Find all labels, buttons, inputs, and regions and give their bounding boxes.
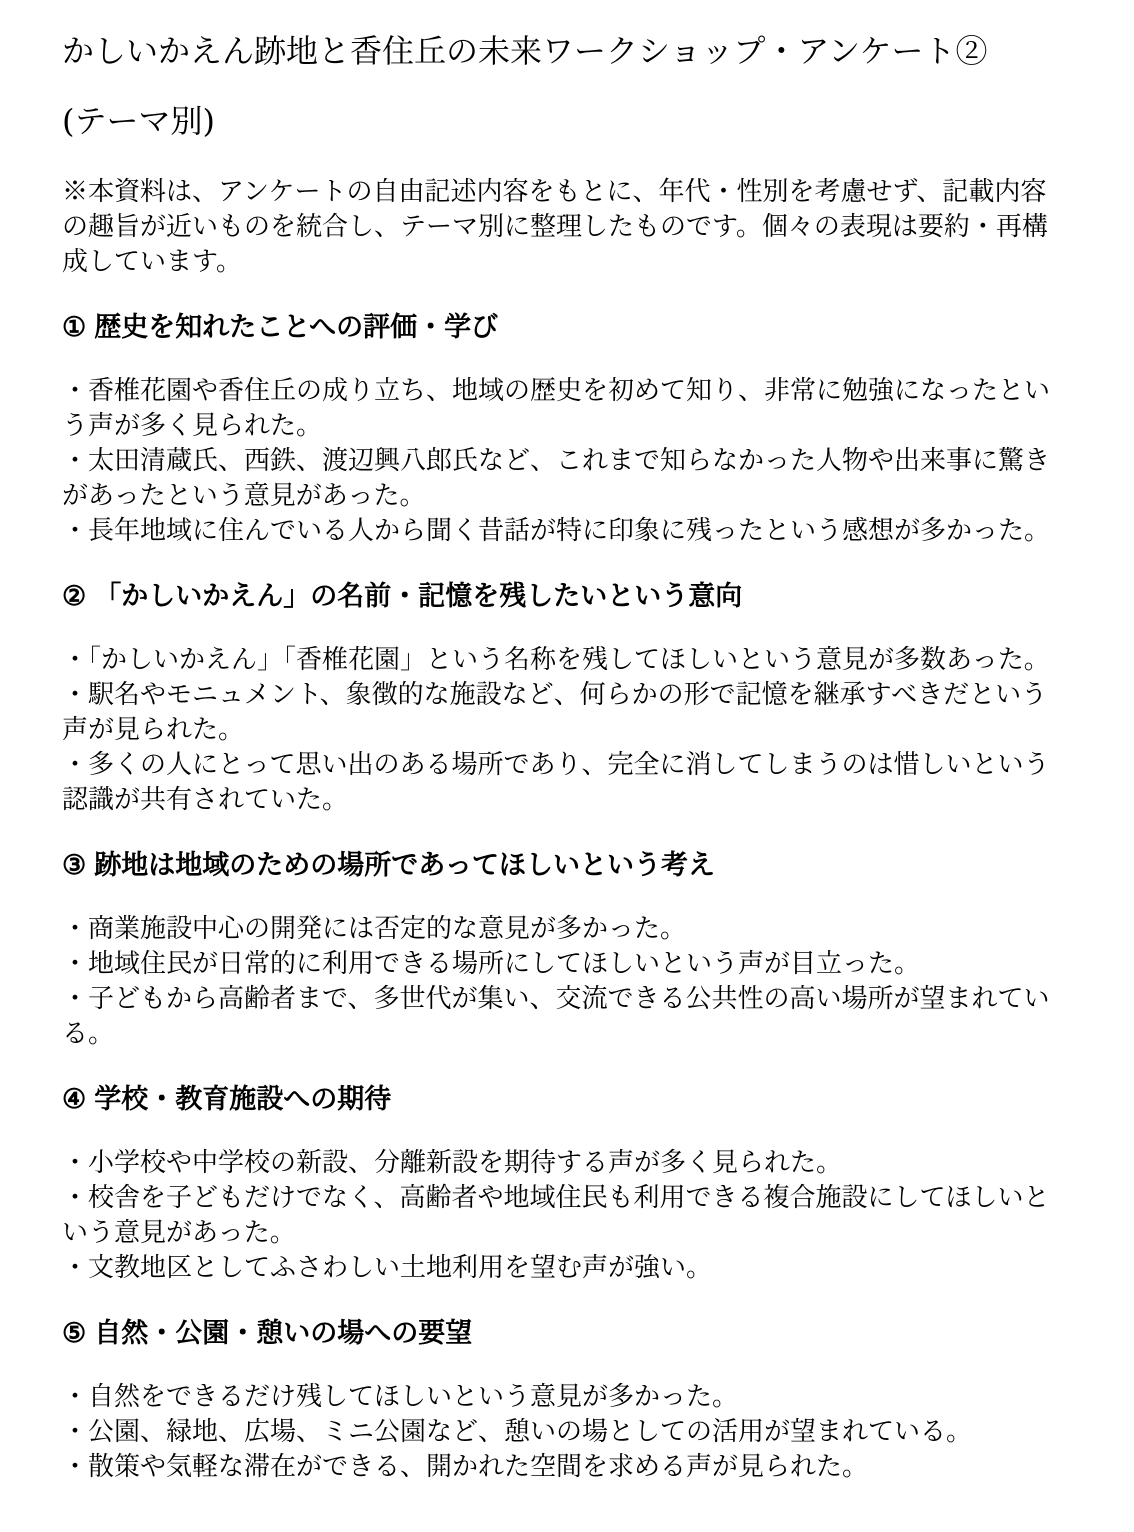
section: ②「かしいかえん」の名前・記憶を残したいという意向 ・「かしいかえん」「香椎花園… (62, 579, 1072, 818)
section-heading: ①歴史を知れたことへの評価・学び (62, 310, 1072, 346)
intro-note: ※本資料は、アンケートの自由記述内容をもとに、年代・性別を考慮せず、記載内容の趣… (62, 175, 1072, 280)
bullet-item: ・校舎を子どもだけでなく、高齢者や地域住民も利用できる複合施設にしてほしいという… (62, 1181, 1072, 1251)
bullet-item: ・香椎花園や香住丘の成り立ち、地域の歴史を初めて知り、非常に勉強になったという声… (62, 374, 1072, 444)
section: ⑤自然・公園・憩いの場への要望 ・自然をできるだけ残してほしいという意見が多かっ… (62, 1316, 1072, 1485)
bullet-item: ・自然をできるだけ残してほしいという意見が多かった。 (62, 1380, 1072, 1415)
bullet-item: ・地域住民が日常的に利用できる場所にしてほしいという声が目立った。 (62, 947, 1072, 982)
section-number-badge: ④ (62, 1084, 86, 1115)
section: ③跡地は地域のための場所であってほしいという考え ・商業施設中心の開発には否定的… (62, 848, 1072, 1052)
section-heading-text: 跡地は地域のための場所であってほしいという考え (94, 850, 715, 881)
section-heading-text: 学校・教育施設への期待 (94, 1084, 391, 1115)
document-title: かしいかえん跡地と香住丘の未来ワークショップ・アンケート② (テーマ別) (62, 30, 1072, 142)
document-page: かしいかえん跡地と香住丘の未来ワークショップ・アンケート② (テーマ別) ※本資… (0, 0, 1134, 1532)
bullet-item: ・散策や気軽な滞在ができる、開かれた空間を求める声が見られた。 (62, 1450, 1072, 1485)
section-number-badge: ① (62, 312, 86, 343)
bullet-item: ・「かしいかえん」「香椎花園」という名称を残してほしいという意見が多数あった。 (62, 643, 1072, 678)
bullet-item: ・太田清蔵氏、西鉄、渡辺興八郎氏など、これまで知らなかった人物や出来事に驚きがあ… (62, 444, 1072, 514)
bullet-item: ・多くの人にとって思い出のある場所であり、完全に消してしまうのは惜しいという認識… (62, 748, 1072, 818)
bullet-list: ・商業施設中心の開発には否定的な意見が多かった。・地域住民が日常的に利用できる場… (62, 912, 1072, 1052)
section-heading: ⑤自然・公園・憩いの場への要望 (62, 1316, 1072, 1352)
bullet-list: ・「かしいかえん」「香椎花園」という名称を残してほしいという意見が多数あった。・… (62, 643, 1072, 818)
section: ④学校・教育施設への期待 ・小学校や中学校の新設、分離新設を期待する声が多く見ら… (62, 1082, 1072, 1286)
sections-container: ①歴史を知れたことへの評価・学び ・香椎花園や香住丘の成り立ち、地域の歴史を初め… (62, 310, 1072, 1485)
section-heading-text: 「かしいかえん」の名前・記憶を残したいという意向 (94, 581, 742, 612)
section-number-badge: ③ (62, 850, 86, 881)
bullet-item: ・子どもから高齢者まで、多世代が集い、交流できる公共性の高い場所が望まれている。 (62, 982, 1072, 1052)
bullet-item: ・小学校や中学校の新設、分離新設を期待する声が多く見られた。 (62, 1146, 1072, 1181)
bullet-item: ・文教地区としてふさわしい土地利用を望む声が強い。 (62, 1251, 1072, 1286)
section-heading-text: 自然・公園・憩いの場への要望 (94, 1318, 472, 1349)
bullet-list: ・小学校や中学校の新設、分離新設を期待する声が多く見られた。・校舎を子どもだけで… (62, 1146, 1072, 1286)
document-title-line-1: かしいかえん跡地と香住丘の未来ワークショップ・アンケート② (62, 30, 1072, 72)
bullet-item: ・長年地域に住んでいる人から聞く昔話が特に印象に残ったという感想が多かった。 (62, 514, 1072, 549)
bullet-list: ・自然をできるだけ残してほしいという意見が多かった。・公園、緑地、広場、ミニ公園… (62, 1380, 1072, 1485)
section: ①歴史を知れたことへの評価・学び ・香椎花園や香住丘の成り立ち、地域の歴史を初め… (62, 310, 1072, 549)
section-heading: ②「かしいかえん」の名前・記憶を残したいという意向 (62, 579, 1072, 615)
bullet-item: ・公園、緑地、広場、ミニ公園など、憩いの場としての活用が望まれている。 (62, 1415, 1072, 1450)
document-title-line-2: (テーマ別) (62, 100, 1072, 142)
section-heading: ④学校・教育施設への期待 (62, 1082, 1072, 1118)
bullet-item: ・駅名やモニュメント、象徴的な施設など、何らかの形で記憶を継承すべきだという声が… (62, 678, 1072, 748)
section-heading: ③跡地は地域のための場所であってほしいという考え (62, 848, 1072, 884)
bullet-item: ・商業施設中心の開発には否定的な意見が多かった。 (62, 912, 1072, 947)
section-number-badge: ⑤ (62, 1318, 86, 1349)
section-number-badge: ② (62, 581, 86, 612)
section-heading-text: 歴史を知れたことへの評価・学び (94, 312, 498, 343)
bullet-list: ・香椎花園や香住丘の成り立ち、地域の歴史を初めて知り、非常に勉強になったという声… (62, 374, 1072, 549)
